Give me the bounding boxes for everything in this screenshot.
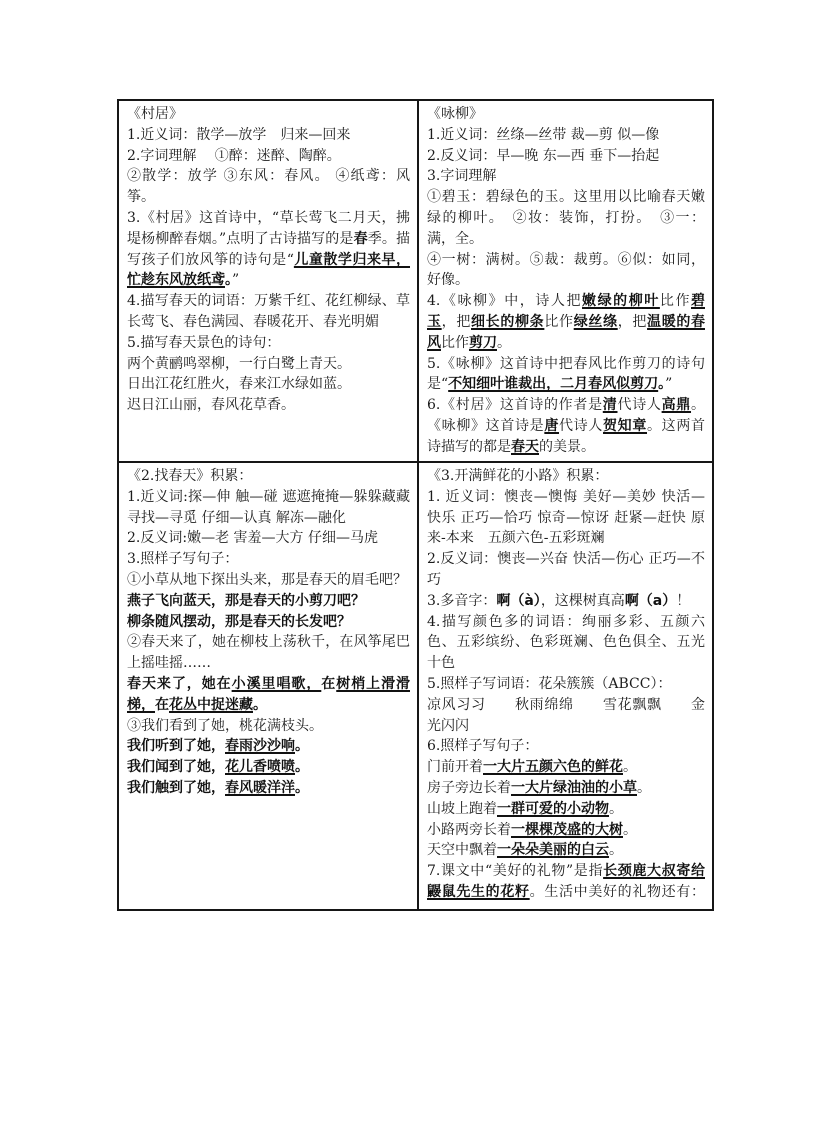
answer-text: 贺知章 — [603, 418, 647, 434]
text-run: ” — [665, 376, 672, 392]
text-run: 凉风习习 秋雨绵绵 雪花飘飘 金光闪闪 — [427, 697, 705, 734]
text-run: 1.近义词：丝绦—丝带 裁—剪 似—像 — [427, 127, 659, 143]
text-run: 。 — [609, 842, 623, 858]
text-run: 比作 — [660, 293, 691, 309]
paragraph: 《3.开满鲜花的小路》积累： — [427, 466, 705, 487]
paragraph: 小路两旁长着一棵棵茂盛的大树。 — [427, 820, 705, 841]
text-run: 《2.找春天》积累： — [127, 468, 252, 484]
answer-text: 春风暖洋洋 — [225, 780, 295, 796]
text-run: 6.照样子写句子： — [427, 738, 538, 754]
answer-text: 春 — [354, 231, 368, 247]
text-run: 3.字词理解 — [427, 168, 496, 184]
text-run: 。 — [609, 801, 623, 817]
text-run: ” — [232, 272, 239, 288]
answer-text: 春雨沙沙响 — [225, 738, 295, 754]
paragraph: ②散学：放学 ③东风：春风。 ④纸鸢：风筝。 — [127, 166, 410, 208]
paragraph: 2.字词理解 ①醉：迷醉、陶醉。 — [127, 146, 410, 167]
answer-text: 绿丝绦 — [574, 314, 618, 330]
text-run: 房子旁边长着 — [427, 780, 511, 796]
answer-text: 花儿香喷喷 — [225, 759, 295, 775]
text-run: 7.课文中“美好的礼物”是指 — [427, 863, 603, 879]
paragraph: ②春天来了，她在柳枝上荡秋千，在风筝尾巴上摇哇摇…… — [127, 632, 410, 674]
text-run: 日出江花红胜火，春来江水绿如蓝。 — [127, 376, 351, 392]
paragraph: 3.多音字：啊（à），这棵树真高啊（a）！ — [427, 591, 705, 612]
text-run: 3.照样子写句子： — [127, 551, 238, 567]
text-run: 4.描写颜色多的词语：绚丽多彩、五颜六色、五彩缤纷、色彩斑斓、色色俱全、五光十色 — [427, 614, 705, 672]
paragraph: 4.描写春天的词语：万紫千红、花红柳绿、草长莺飞、春色满园、春暖花开、春光明媚 — [127, 291, 410, 333]
answer-text: 唐 — [544, 418, 559, 434]
cell-yongliu-notes: 《咏柳》1.近义词：丝绦—丝带 裁—剪 似—像2.反义词：早—晚 东—西 垂下—… — [418, 100, 713, 462]
paragraph: 4.《咏柳》中，诗人把嫩绿的柳叶比作碧玉，把细长的柳条比作绿丝绦，把温暖的春风比… — [427, 291, 705, 353]
paragraph: 4.描写颜色多的词语：绚丽多彩、五颜六色、五彩缤纷、色彩斑斓、色色俱全、五光十色 — [427, 612, 705, 674]
answer-text: 一棵棵茂盛的大树 — [511, 822, 623, 838]
paragraph: 1.近义词:探—伸 触—碰 遮遮掩掩—躲躲藏藏 寻找—寻觅 仔细—认真 解冻—融… — [127, 487, 410, 529]
text-run: 2.反义词:嫩—老 害羞—大方 仔细—马虎 — [127, 530, 378, 546]
text-run: 3.多音字： — [427, 593, 496, 609]
text-run: ！ — [676, 593, 690, 609]
text-run: 5.描写春天景色的诗句： — [127, 335, 280, 351]
text-run: 小路两旁长着 — [427, 822, 511, 838]
answer-text: 。 — [253, 697, 267, 713]
paragraph: 日出江花红胜火，春来江水绿如蓝。 — [127, 374, 410, 395]
cell-kaimanxianhualu-notes: 《3.开满鲜花的小路》积累：1. 近义词：懊丧—懊悔 美好—美妙 快活—快乐 正… — [418, 462, 713, 910]
answer-text: 在 — [155, 697, 169, 713]
text-run: 门前开着 — [427, 759, 483, 775]
paragraph: 5.描写春天景色的诗句： — [127, 333, 410, 354]
answer-text: 细长的柳条 — [471, 314, 544, 330]
answer-text: 。 — [225, 272, 232, 288]
text-run: 。 — [623, 822, 637, 838]
cell-content: 《咏柳》1.近义词：丝绦—丝带 裁—剪 似—像2.反义词：早—晚 东—西 垂下—… — [427, 104, 705, 456]
answer-text: 不知细叶谁裁出，二月春风似剪刀 — [448, 376, 658, 392]
paragraph: 我们触到了她，春风暖洋洋。 — [127, 778, 410, 799]
text-run: ，把 — [442, 314, 471, 330]
cell-cunju-notes: 《村居》1.近义词：散学—放学 归来—回来2.字词理解 ①醉：迷醉、陶醉。②散学… — [118, 100, 418, 462]
text-run: 2.反义词：早—晚 东—西 垂下—抬起 — [427, 148, 659, 164]
answer-text: 我们听到了她， — [127, 738, 225, 754]
paragraph: 7.课文中“美好的礼物”是指长颈鹿大叔寄给鼹鼠先生的花籽。生活中美好的礼物还有：… — [427, 861, 705, 904]
paragraph: 我们闻到了她，花儿香喷喷。 — [127, 757, 410, 778]
paragraph: 1.近义词：丝绦—丝带 裁—剪 似—像 — [427, 125, 705, 146]
text-run: 6.《村居》这首诗的作者是 — [427, 397, 603, 413]
text-run: 比作 — [441, 335, 469, 351]
answer-text: 剪刀 — [469, 335, 497, 351]
table-row: 《2.找春天》积累：1.近义词:探—伸 触—碰 遮遮掩掩—躲躲藏藏 寻找—寻觅 … — [118, 462, 713, 910]
text-run: 5.照样子写词语：花朵簇簇（ABCC）： — [427, 676, 671, 692]
cell-content: 《村居》1.近义词：散学—放学 归来—回来2.字词理解 ①醉：迷醉、陶醉。②散学… — [127, 104, 410, 456]
paragraph: 6.照样子写句子： — [427, 736, 705, 757]
answer-text: 春天来了，她在 — [127, 676, 232, 692]
text-run: 山坡上跑着 — [427, 801, 497, 817]
paragraph: 燕子飞向蓝天，那是春天的小剪刀吧？ — [127, 591, 410, 612]
text-run: 的美景。 — [539, 439, 595, 455]
paragraph: 2.反义词：早—晚 东—西 垂下—抬起 — [427, 146, 705, 167]
answer-text: 高鼎 — [662, 397, 691, 413]
text-run: 2.反义词：懊丧—兴奋 快活—伤心 正巧—不巧 — [427, 551, 705, 588]
paragraph: 2.反义词:嫩—老 害羞—大方 仔细—马虎 — [127, 528, 410, 549]
paragraph: 山坡上跑着一群可爱的小动物。 — [427, 799, 705, 820]
paragraph: 1. 近义词：懊丧—懊悔 美好—美妙 快活—快乐 正巧—恰巧 惊奇—惊讶 赶紧—… — [427, 487, 705, 549]
table-row: 《村居》1.近义词：散学—放学 归来—回来2.字词理解 ①醉：迷醉、陶醉。②散学… — [118, 100, 713, 462]
answer-text: 柳条随风摆动，那是春天的长发吧？ — [127, 614, 351, 630]
answer-text: 花丛中捉迷藏 — [169, 697, 253, 713]
answer-text: 一大片绿油油的小草 — [511, 780, 637, 796]
paragraph: 两个黄鹂鸣翠柳，一行白鹭上青天。 — [127, 354, 410, 375]
paragraph: ①碧玉：碧绿色的玉。这里用以比喻春天嫩绿的柳叶。 ②妆：装饰，打扮。 ③一：满，… — [427, 187, 705, 249]
paragraph: 门前开着一大片五颜六色的鲜花。 — [427, 757, 705, 778]
cell-content: 《2.找春天》积累：1.近义词:探—伸 触—碰 遮遮掩掩—躲躲藏藏 寻找—寻觅 … — [127, 466, 410, 904]
text-run: 。生活中美好的礼物还有： — [530, 884, 705, 900]
answer-text: 我们闻到了她， — [127, 759, 225, 775]
text-run: 4.描写春天的词语：万紫千红、花红柳绿、草长莺飞、春色满园、春暖花开、春光明媚 — [127, 293, 410, 330]
paragraph: ①小草从地下探出头来，那是春天的眉毛吧？ — [127, 570, 410, 591]
paragraph: 3.《村居》这首诗中，“草长莺飞二月天，拂堤杨柳醉春烟。”点明了古诗描写的是春季… — [127, 208, 410, 291]
text-run: 。 — [497, 335, 511, 351]
paragraph: 春天来了，她在小溪里唱歌，在树梢上滑滑梯，在花丛中捉迷藏。 — [127, 674, 410, 716]
text-run: 《3.开满鲜花的小路》积累： — [427, 468, 608, 484]
answer-text: 春天 — [511, 439, 539, 455]
text-run: 迟日江山丽，春风花草香。 — [127, 397, 295, 413]
text-run: 。 — [623, 759, 637, 775]
text-run: 4.《咏柳》中，诗人把 — [427, 293, 582, 309]
text-run: 《村居》 — [127, 106, 183, 122]
text-run: ②散学：放学 ③东风：春风。 ④纸鸢：风筝。 — [127, 168, 410, 205]
paragraph: 房子旁边长着一大片绿油油的小草。 — [427, 778, 705, 799]
answer-text: 清 — [603, 397, 618, 413]
answer-text: 小溪里唱歌， — [232, 676, 322, 692]
text-run: ，这棵树真高 — [541, 593, 625, 609]
answer-text: 啊（à） — [496, 593, 540, 609]
text-run: 比作 — [544, 314, 573, 330]
text-run: 《咏柳》 — [427, 106, 483, 122]
paragraph: 凉风习习 秋雨绵绵 雪花飘飘 金光闪闪 — [427, 695, 705, 737]
paragraph: 迟日江山丽，春风花草香。 — [127, 395, 410, 416]
paragraph: 5.《咏柳》这首诗中把春风比作剪刀的诗句是“不知细叶谁裁出，二月春风似剪刀。” — [427, 354, 705, 396]
text-run: ③我们看到了她，桃花满枝头。 — [127, 718, 323, 734]
paragraph: 柳条随风摆动，那是春天的长发吧？ — [127, 612, 410, 633]
paragraph: ④一树：满树。⑤裁：裁剪。⑥似：如同，好像。 — [427, 250, 705, 292]
text-run: ④一树：满树。⑤裁：裁剪。⑥似：如同，好像。 — [427, 252, 705, 289]
paragraph: 3.字词理解 — [427, 166, 705, 187]
text-run: 两个黄鹂鸣翠柳，一行白鹭上青天。 — [127, 356, 351, 372]
answer-text: 一大片五颜六色的鲜花 — [483, 759, 623, 775]
text-run: 天空中飘着 — [427, 842, 497, 858]
text-run: ②春天来了，她在柳枝上荡秋千，在风筝尾巴上摇哇摇…… — [127, 634, 410, 671]
answer-text: 啊（a） — [625, 593, 676, 609]
document-page: 《村居》1.近义词：散学—放学 归来—回来2.字词理解 ①醉：迷醉、陶醉。②散学… — [0, 0, 813, 1122]
answer-text: 一朵朵美丽的白云 — [497, 842, 609, 858]
answer-text: 一群可爱的小动物 — [497, 801, 609, 817]
text-run: 2.字词理解 ①醉：迷醉、陶醉。 — [127, 148, 341, 164]
answer-text: 在 — [321, 676, 336, 692]
paragraph: 1.近义词：散学—放学 归来—回来 — [127, 125, 410, 146]
paragraph: 《村居》 — [127, 104, 410, 125]
answer-text: 嫩绿的柳叶 — [582, 293, 660, 309]
text-run: 。 — [637, 780, 651, 796]
paragraph: 《咏柳》 — [427, 104, 705, 125]
paragraph: 6.《村居》这首诗的作者是清代诗人高鼎。《咏柳》这首诗是唐代诗人贺知章。这两首诗… — [427, 395, 705, 456]
text-run: 1.近义词:探—伸 触—碰 遮遮掩掩—躲躲藏藏 寻找—寻觅 仔细—认真 解冻—融… — [127, 489, 410, 526]
paragraph: 我们听到了她，春雨沙沙响。 — [127, 736, 410, 757]
text-run: 1.近义词：散学—放学 归来—回来 — [127, 127, 350, 143]
cell-content: 《3.开满鲜花的小路》积累：1. 近义词：懊丧—懊悔 美好—美妙 快活—快乐 正… — [427, 466, 705, 904]
paragraph: 5.照样子写词语：花朵簇簇（ABCC）： — [427, 674, 705, 695]
text-run: ①碧玉：碧绿色的玉。这里用以比喻春天嫩绿的柳叶。 ②妆：装饰，打扮。 ③一：满，… — [427, 189, 705, 247]
cell-zhaochuntian-notes: 《2.找春天》积累：1.近义词:探—伸 触—碰 遮遮掩掩—躲躲藏藏 寻找—寻觅 … — [118, 462, 418, 910]
text-run: 代诗人 — [618, 397, 662, 413]
answer-text: 燕子飞向蓝天，那是春天的小剪刀吧？ — [127, 593, 365, 609]
text-run: 代诗人 — [559, 418, 603, 434]
text-run: ，把 — [618, 314, 647, 330]
answer-text: 我们触到了她， — [127, 780, 225, 796]
paragraph: ③我们看到了她，桃花满枝头。 — [127, 716, 410, 737]
answer-text: 。 — [295, 759, 309, 775]
paragraph: 《2.找春天》积累： — [127, 466, 410, 487]
paragraph: 天空中飘着一朵朵美丽的白云。 — [427, 840, 705, 861]
text-run: ①小草从地下探出头来，那是春天的眉毛吧？ — [127, 572, 407, 588]
answer-text: 。 — [295, 738, 309, 754]
paragraph: 2.反义词：懊丧—兴奋 快活—伤心 正巧—不巧 — [427, 549, 705, 591]
text-run: 1. 近义词：懊丧—懊悔 美好—美妙 快活—快乐 正巧—恰巧 惊奇—惊讶 赶紧—… — [427, 489, 705, 547]
answer-text: 。 — [295, 780, 309, 796]
study-notes-table: 《村居》1.近义词：散学—放学 归来—回来2.字词理解 ①醉：迷醉、陶醉。②散学… — [117, 99, 714, 911]
paragraph: 3.照样子写句子： — [127, 549, 410, 570]
